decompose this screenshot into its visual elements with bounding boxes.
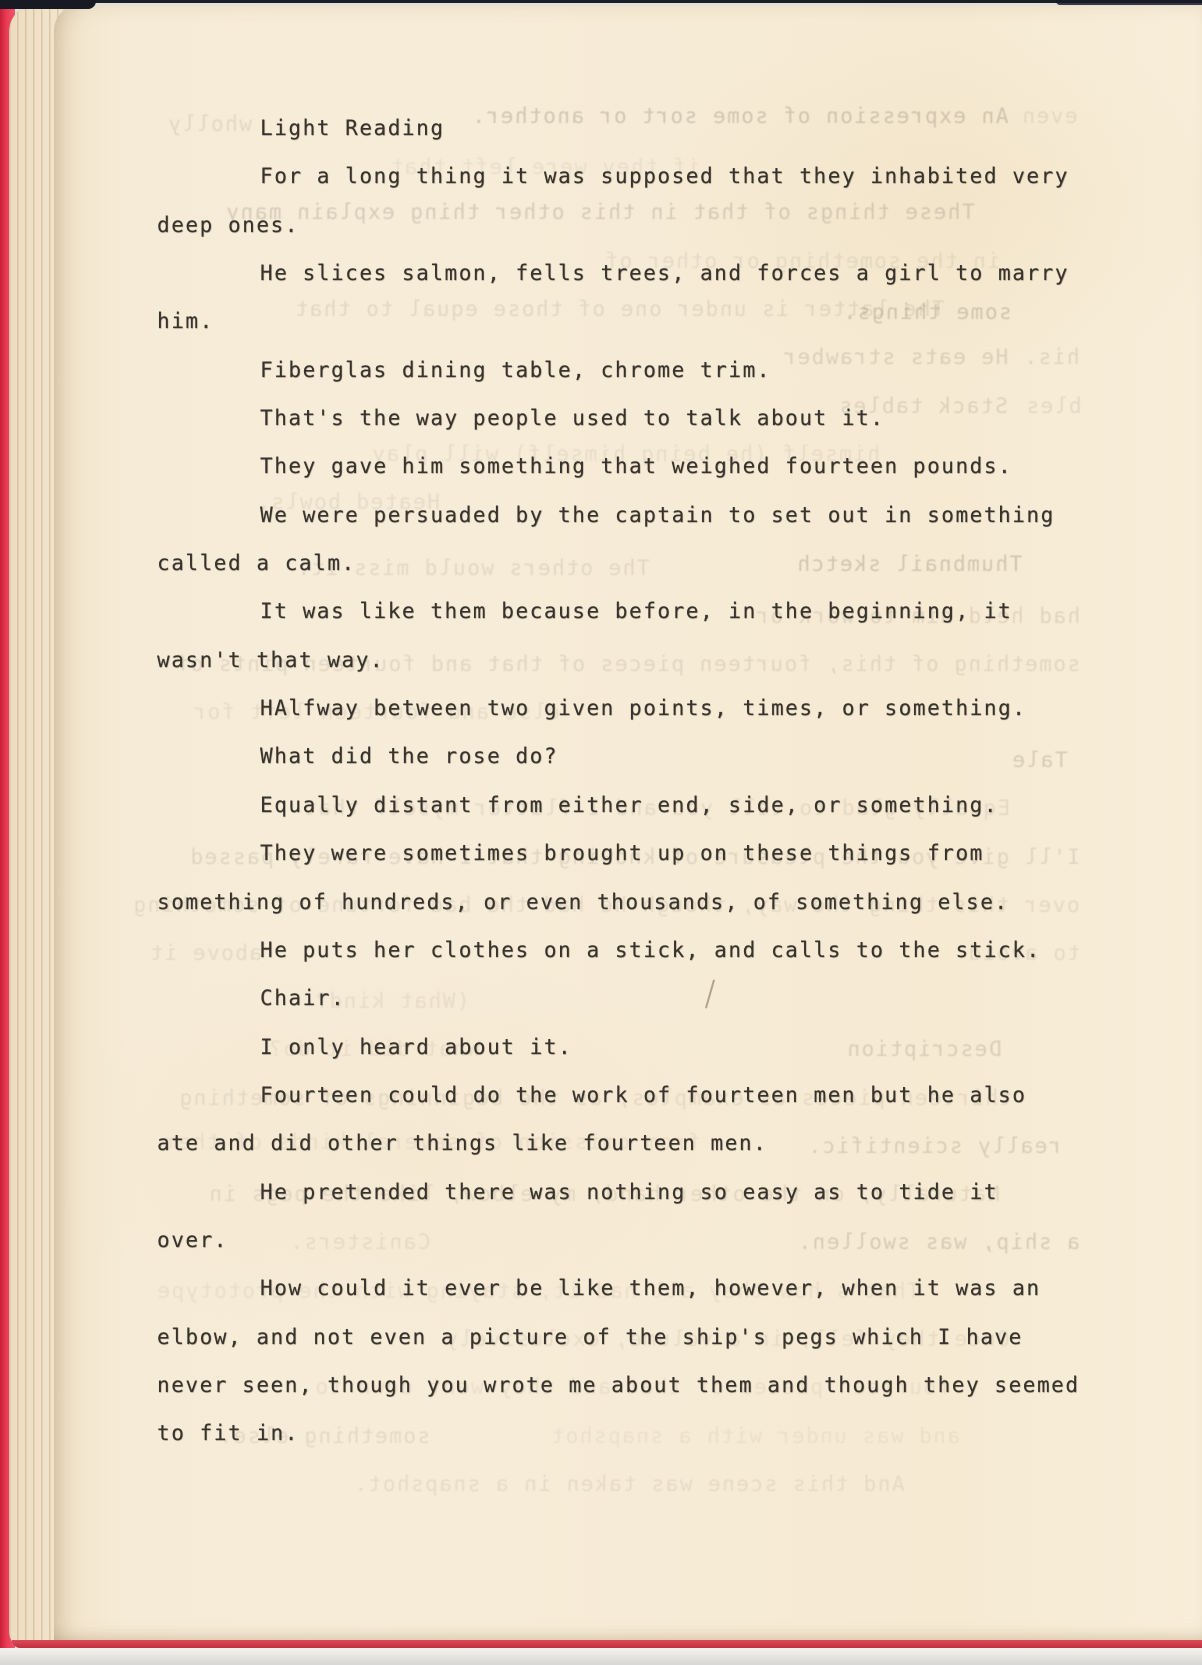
typed-line: Fourteen could do the work of fourteen m… xyxy=(157,1071,1147,1119)
typed-line: They gave him something that weighed fou… xyxy=(157,442,1147,490)
typed-line: called a calm. xyxy=(157,539,1147,587)
typed-line: How could it ever be like them, however,… xyxy=(157,1264,1147,1312)
typed-line: him. xyxy=(157,297,1147,345)
typed-line: wasn't that way. xyxy=(157,636,1147,684)
typewritten-text-block: Light ReadingFor a long thing it was sup… xyxy=(157,104,1147,1458)
typed-line: What did the rose do? xyxy=(157,732,1147,780)
typed-line: Equally distant from either end, side, o… xyxy=(157,781,1147,829)
typed-line: He puts her clothes on a stick, and call… xyxy=(157,926,1147,974)
typed-line: We were persuaded by the captain to set … xyxy=(157,491,1147,539)
typed-line: Fiberglas dining table, chrome trim. xyxy=(157,346,1147,394)
typed-line: It was like them because before, in the … xyxy=(157,587,1147,635)
page-heading-line: Light Reading xyxy=(157,104,1147,152)
scan-top-edge xyxy=(0,0,1202,3)
typed-line: elbow, and not even a picture of the shi… xyxy=(157,1313,1147,1361)
scanned-book-page: An expression of some sort or another.ev… xyxy=(0,0,1202,1665)
scan-background-bottom xyxy=(0,1648,1202,1665)
typed-line: something of hundreds, or even thousands… xyxy=(157,878,1147,926)
typed-line: He slices salmon, fells trees, and force… xyxy=(157,249,1147,297)
book-bottom-red-edge xyxy=(12,1640,1202,1648)
typed-line: HAlfway between two given points, times,… xyxy=(157,684,1147,732)
typed-line: never seen, though you wrote me about th… xyxy=(157,1361,1147,1409)
typed-line: That's the way people used to talk about… xyxy=(157,394,1147,442)
typed-line: to fit in. xyxy=(157,1409,1147,1457)
typed-line: They were sometimes brought up on these … xyxy=(157,829,1147,877)
scan-top-left-corner-shadow xyxy=(0,0,96,9)
typed-line: For a long thing it was supposed that th… xyxy=(157,152,1147,200)
typed-line: I only heard about it. xyxy=(157,1023,1147,1071)
typed-line: deep ones. xyxy=(157,201,1147,249)
typed-line: ate and did other things like fourteen m… xyxy=(157,1119,1147,1167)
typed-line: over. xyxy=(157,1216,1147,1264)
scan-top-smudge xyxy=(1056,0,1202,5)
typed-line: Chair. xyxy=(157,974,1147,1022)
typed-line: He pretended there was nothing so easy a… xyxy=(157,1168,1147,1216)
